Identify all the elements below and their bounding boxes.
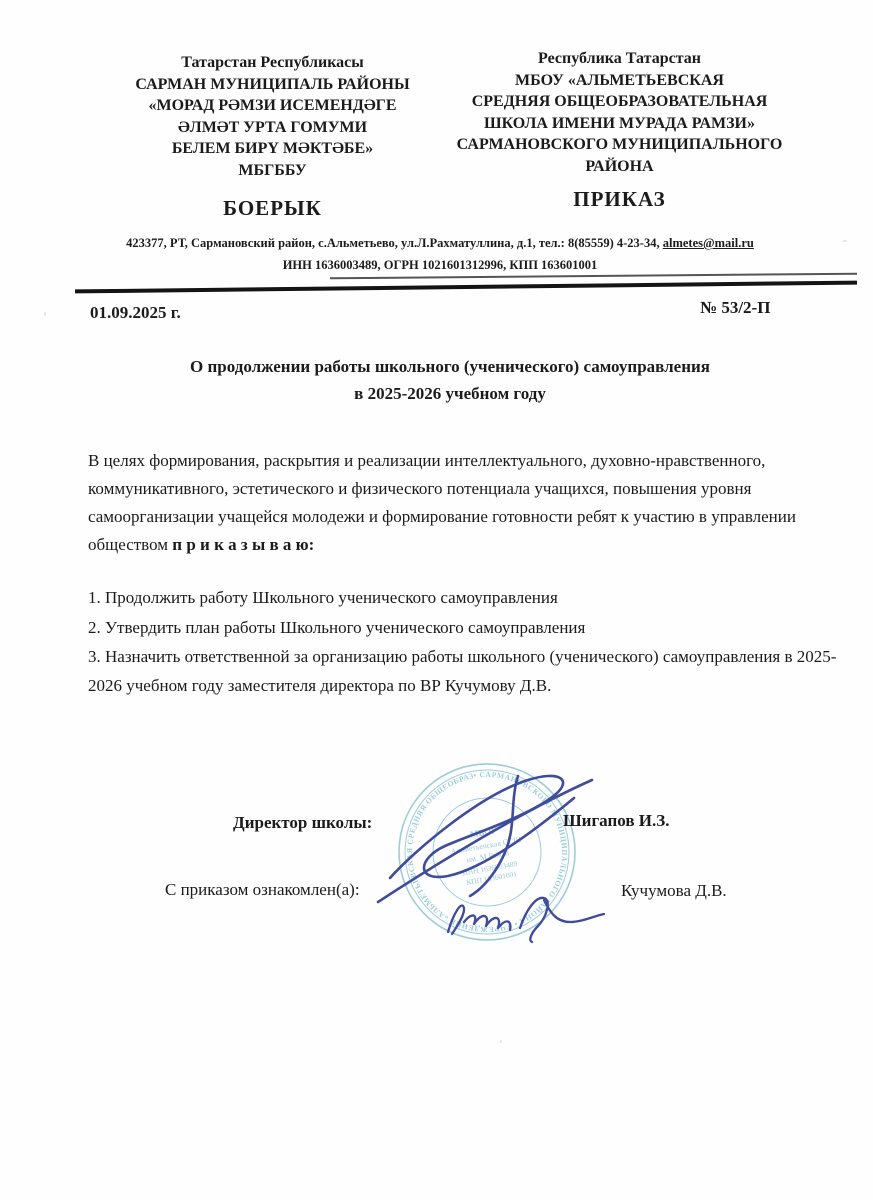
- order-item-1: 1. Продолжить работу Школьного ученическ…: [88, 584, 838, 613]
- order-intro-paragraph: В целях формирования, раскрытия и реализ…: [88, 447, 833, 559]
- scan-speck: [500, 1040, 502, 1043]
- letterhead-line: ШКОЛА ИМЕНИ МУРАДА РАМЗИ»: [437, 113, 802, 135]
- doc-type-russian: ПРИКАЗ: [437, 187, 802, 212]
- scanned-order-document: Татарстан Республикасы САРМАН МУНИЦИПАЛЬ…: [0, 0, 873, 1200]
- doc-type-tatar: БОЕРЫК: [85, 196, 460, 221]
- scan-speck: [843, 240, 847, 242]
- divider-rule-thin: [330, 273, 857, 279]
- letterhead-tatar: Татарстан Республикасы САРМАН МУНИЦИПАЛЬ…: [85, 52, 460, 181]
- letterhead-line: МБГББУ: [85, 160, 460, 182]
- letterhead-line: Республика Татарстан: [437, 48, 802, 70]
- acknowledgement-label: С приказом ознакомлен(а):: [165, 880, 360, 900]
- ack-signature: [448, 898, 604, 942]
- order-title-line2: в 2025-2026 учебном году: [70, 380, 830, 407]
- director-name: Шигапов И.З.: [563, 811, 669, 831]
- contact-line: 423377, РТ, Сармановский район, с.Альмет…: [45, 236, 835, 251]
- order-title-line1: О продолжении работы школьного (ученичес…: [70, 353, 830, 380]
- requisites-line: ИНН 1636003489, ОГРН 1021601312996, КПП …: [45, 258, 835, 273]
- letterhead-line: «МОРАД РӘМЗИ ИСЕМЕНДӘГЕ: [85, 95, 460, 117]
- email-link: almetes@mail.ru: [663, 236, 754, 250]
- divider-rule-thick: [75, 281, 857, 293]
- order-item-3: 3. Назначить ответственной за организаци…: [88, 643, 838, 700]
- letterhead-line: САРМАНОВСКОГО МУНИЦИПАЛЬНОГО: [437, 134, 802, 156]
- order-title: О продолжении работы школьного (ученичес…: [70, 353, 830, 407]
- prikazyvayu-emphasis: п р и к а з ы в а ю:: [172, 535, 314, 554]
- letterhead-line: МБОУ «АЛЬМЕТЬЕВСКАЯ: [437, 70, 802, 92]
- letterhead-line: БЕЛЕМ БИРҮ МӘКТӘБЕ»: [85, 138, 460, 160]
- order-item-2: 2. Утвердить план работы Школьного учени…: [88, 614, 838, 643]
- director-label: Директор школы:: [233, 813, 372, 833]
- acknowledgement-name: Кучумова Д.В.: [621, 881, 727, 901]
- address-text: 423377, РТ, Сармановский район, с.Альмет…: [126, 236, 663, 250]
- order-date: 01.09.2025 г.: [90, 303, 181, 323]
- letterhead-line: Татарстан Республикасы: [85, 52, 460, 74]
- letterhead-line: ӘЛМӘТ УРТА ГОМУМИ: [85, 117, 460, 139]
- order-number: № 53/2-П: [700, 298, 770, 318]
- letterhead-line: САРМАН МУНИЦИПАЛЬ РАЙОНЫ: [85, 74, 460, 96]
- signature-strokes: [360, 750, 650, 945]
- order-items-list: 1. Продолжить работу Школьного ученическ…: [88, 584, 838, 701]
- director-signature: [378, 776, 592, 902]
- scan-speck: [44, 312, 46, 316]
- letterhead-russian: Республика Татарстан МБОУ «АЛЬМЕТЬЕВСКАЯ…: [437, 48, 802, 177]
- signatures-overlay: [360, 750, 650, 945]
- letterhead-line: СРЕДНЯЯ ОБЩЕОБРАЗОВАТЕЛЬНАЯ: [437, 91, 802, 113]
- letterhead-line: РАЙОНА: [437, 156, 802, 178]
